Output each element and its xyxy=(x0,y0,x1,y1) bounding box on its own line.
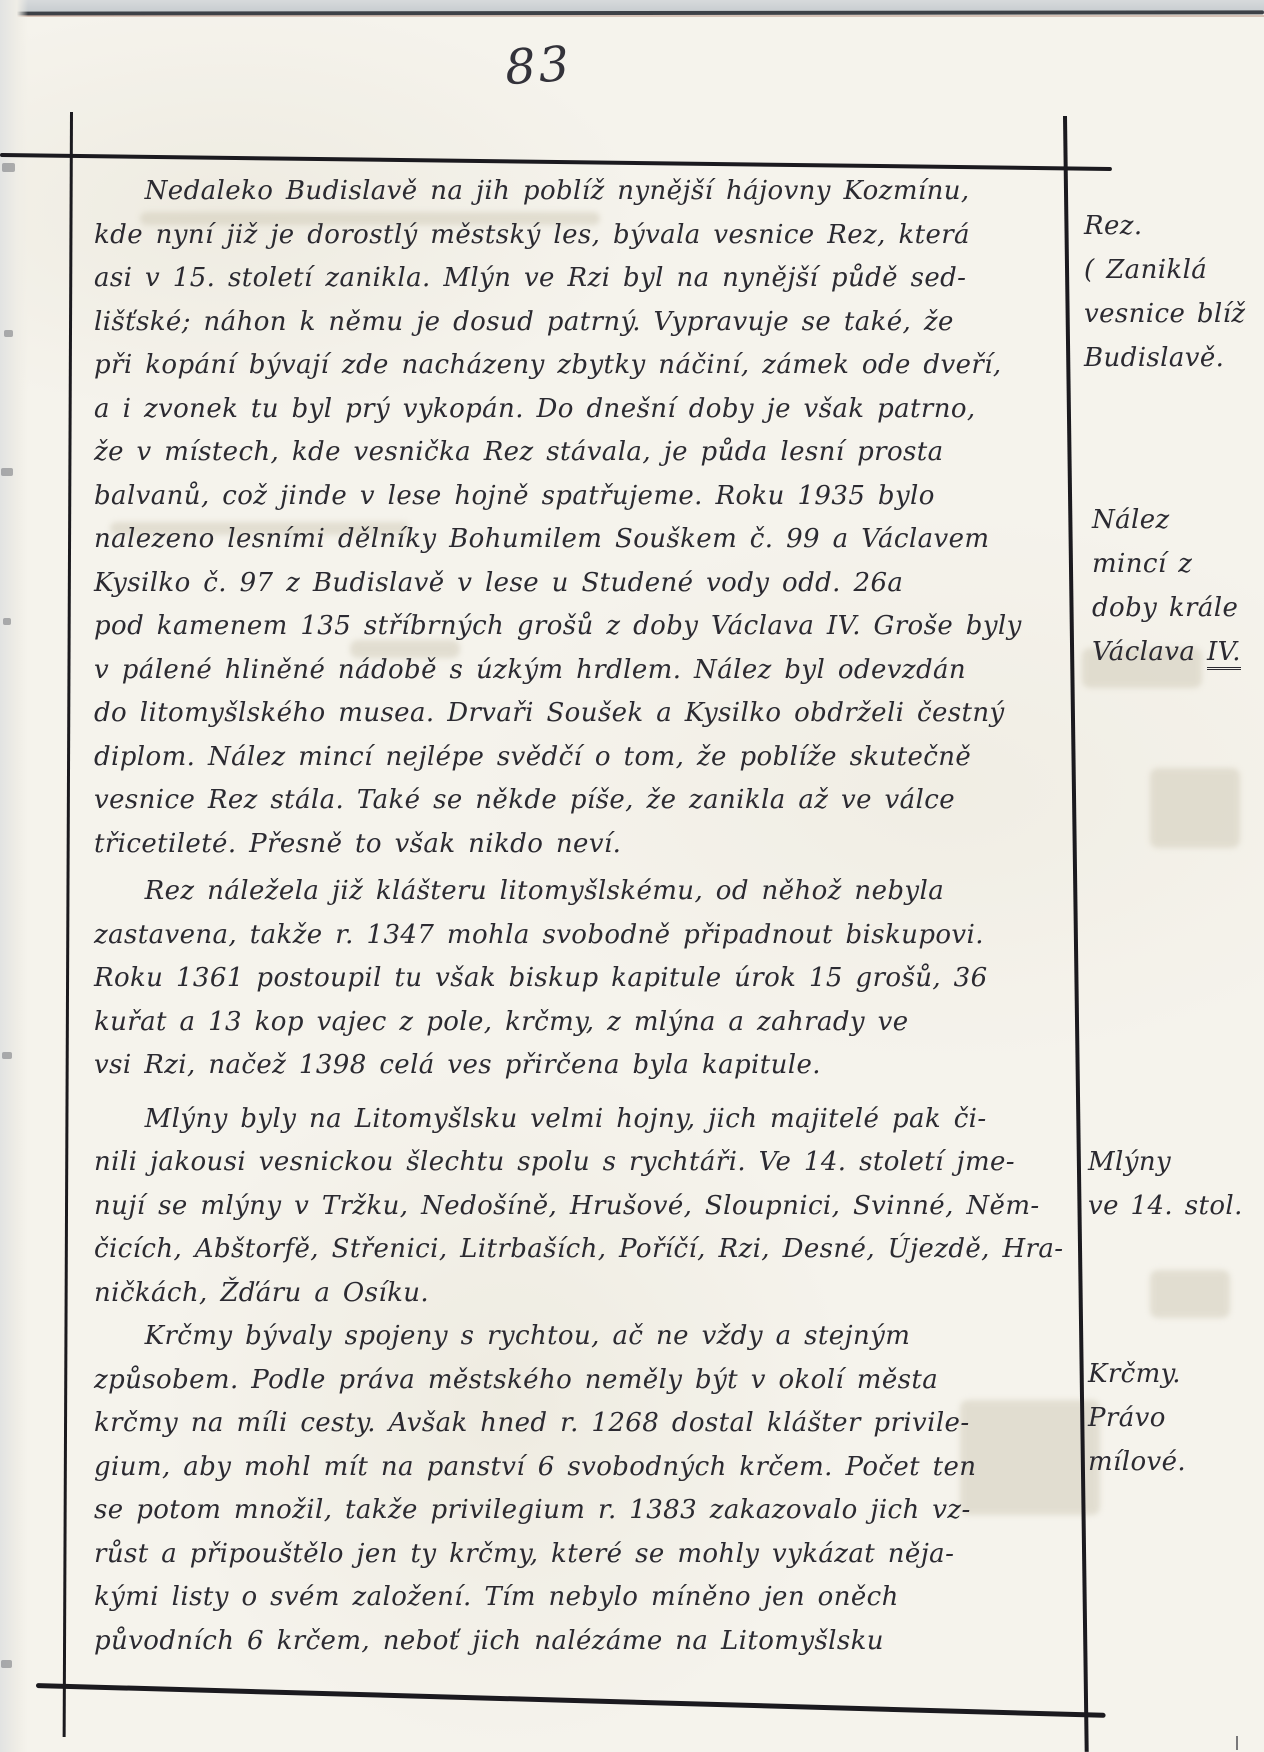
text-line: Roku 1361 postoupil tu však biskup kapit… xyxy=(94,957,1054,1001)
text-line: při kopání bývají zde nacházeny zbytky n… xyxy=(94,344,1054,388)
text-line: do litomyšlského musea. Drvaři Soušek a … xyxy=(94,692,1054,736)
scan-edge-warm-line xyxy=(0,15,1264,17)
edge-smudge xyxy=(3,618,11,625)
note-line: Krčmy. xyxy=(1088,1352,1186,1396)
edge-smudge xyxy=(2,1052,12,1059)
text-line: asi v 15. století zanikla. Mlýn ve Rzi b… xyxy=(94,257,1054,301)
note-line: ( Zaniklá xyxy=(1084,248,1245,292)
edge-smudge xyxy=(2,163,15,172)
left-margin-rule xyxy=(63,112,73,1737)
margin-note-rez: Rez.( Zaniklávesnice blížBudislavě. xyxy=(1084,204,1245,380)
note-line: Mlýny xyxy=(1088,1140,1243,1184)
note-line: ve 14. stol. xyxy=(1088,1184,1243,1228)
text-line: se potom množil, takže privilegium r. 13… xyxy=(94,1489,1054,1533)
page-number: 83 xyxy=(503,36,574,97)
scan-edge-left-strip xyxy=(0,0,28,1752)
text-line: a i zvonek tu byl prý vykopán. Do dnešní… xyxy=(94,388,1054,432)
text-line: nují se mlýny v Tržku, Nedošíně, Hrušové… xyxy=(94,1185,1054,1229)
text-line: zastavena, takže r. 1347 mohla svobodně … xyxy=(94,914,1054,958)
margin-note-krcmy: Krčmy.Právomílové. xyxy=(1088,1352,1186,1484)
margin-note-nalez: Nálezmincí zdoby krále Václava IV. xyxy=(1092,498,1241,674)
note-line: Právo xyxy=(1088,1396,1186,1440)
text-line: způsobem. Podle práva městského neměly b… xyxy=(94,1359,1054,1403)
bottom-edge-tick xyxy=(1236,1736,1238,1750)
text-line: původních 6 krčem, neboť jich nalézáme n… xyxy=(94,1620,1054,1664)
text-line: nili jakousi vesnickou šlechtu spolu s r… xyxy=(94,1141,1054,1185)
text-line: Rez náležela již klášteru litomyšlskému,… xyxy=(94,870,1054,914)
text-line: kými listy o svém založení. Tím nebylo m… xyxy=(94,1576,1054,1620)
text-line: Krčmy bývaly spojeny s rychtou, ač ne vž… xyxy=(94,1315,1054,1359)
king-numeral-underlined: IV. xyxy=(1207,637,1241,670)
text-line: čicích, Abštorfě, Střenici, Litrbaších, … xyxy=(94,1228,1054,1272)
note-line: Budislavě. xyxy=(1084,336,1245,380)
main-text-block: Nedaleko Budislavě na jih poblíž nynější… xyxy=(94,170,1054,1663)
text-line: vesnice Rez stála. Také se někde píše, ž… xyxy=(94,779,1054,823)
text-line: třicetileté. Přesně to však nikdo neví. xyxy=(94,823,1054,867)
text-line: krčmy na míli cesty. Avšak hned r. 1268 … xyxy=(94,1402,1054,1446)
text-line: v pálené hliněné nádobě s úzkým hrdlem. … xyxy=(94,649,1054,693)
note-line: vesnice blíž xyxy=(1084,292,1245,336)
text-line: kde nyní již je dorostlý městský les, bý… xyxy=(94,214,1054,258)
bleed-through-artifact xyxy=(1150,768,1240,848)
edge-smudge xyxy=(4,330,13,337)
text-line: diplom. Nález mincí nejlépe svědčí o tom… xyxy=(94,736,1054,780)
note-line: doby krále xyxy=(1092,586,1241,630)
text-line: pod kamenem 135 stříbrných grošů z doby … xyxy=(94,605,1054,649)
text-line: nalezeno lesními dělníky Bohumilem Soušk… xyxy=(94,518,1054,562)
margin-note-mlyny: Mlýnyve 14. stol. xyxy=(1088,1140,1243,1228)
king-name: Václava xyxy=(1092,637,1207,667)
note-line-king: Václava IV. xyxy=(1092,630,1241,674)
text-line: růst a připouštělo jen ty krčmy, které s… xyxy=(94,1533,1054,1577)
note-line: Nález xyxy=(1092,498,1241,542)
top-rule xyxy=(0,153,1112,171)
text-line: ničkách, Žďáru a Osíku. xyxy=(94,1272,1054,1316)
text-line: lišťské; náhon k němu je dosud patrný. V… xyxy=(94,301,1054,345)
text-line: gium, aby mohl mít na panství 6 svobodný… xyxy=(94,1446,1054,1490)
note-line: mincí z xyxy=(1092,542,1241,586)
text-line: vsi Rzi, načež 1398 celá ves přirčena by… xyxy=(94,1044,1054,1088)
scanned-chronicle-page: 83 Nedaleko Budislavě na jih poblíž nyně… xyxy=(0,0,1264,1752)
text-line: balvanů, což jinde v lese hojně spatřuje… xyxy=(94,475,1054,519)
note-line: mílové. xyxy=(1088,1440,1186,1484)
bleed-through-artifact xyxy=(1150,1270,1230,1318)
note-line: Rez. xyxy=(1084,204,1245,248)
text-line: Mlýny byly na Litomyšlsku velmi hojny, j… xyxy=(94,1098,1054,1142)
edge-smudge xyxy=(1,468,13,476)
text-line: že v místech, kde vesnička Rez stávala, … xyxy=(94,431,1054,475)
text-line: Kysilko č. 97 z Budislavě v lese u Stude… xyxy=(94,562,1054,606)
text-line: Nedaleko Budislavě na jih poblíž nynější… xyxy=(94,170,1054,214)
bottom-rule xyxy=(36,1683,1106,1718)
edge-smudge xyxy=(1,1660,12,1668)
text-line: kuřat a 13 kop vajec z pole, krčmy, z ml… xyxy=(94,1001,1054,1045)
